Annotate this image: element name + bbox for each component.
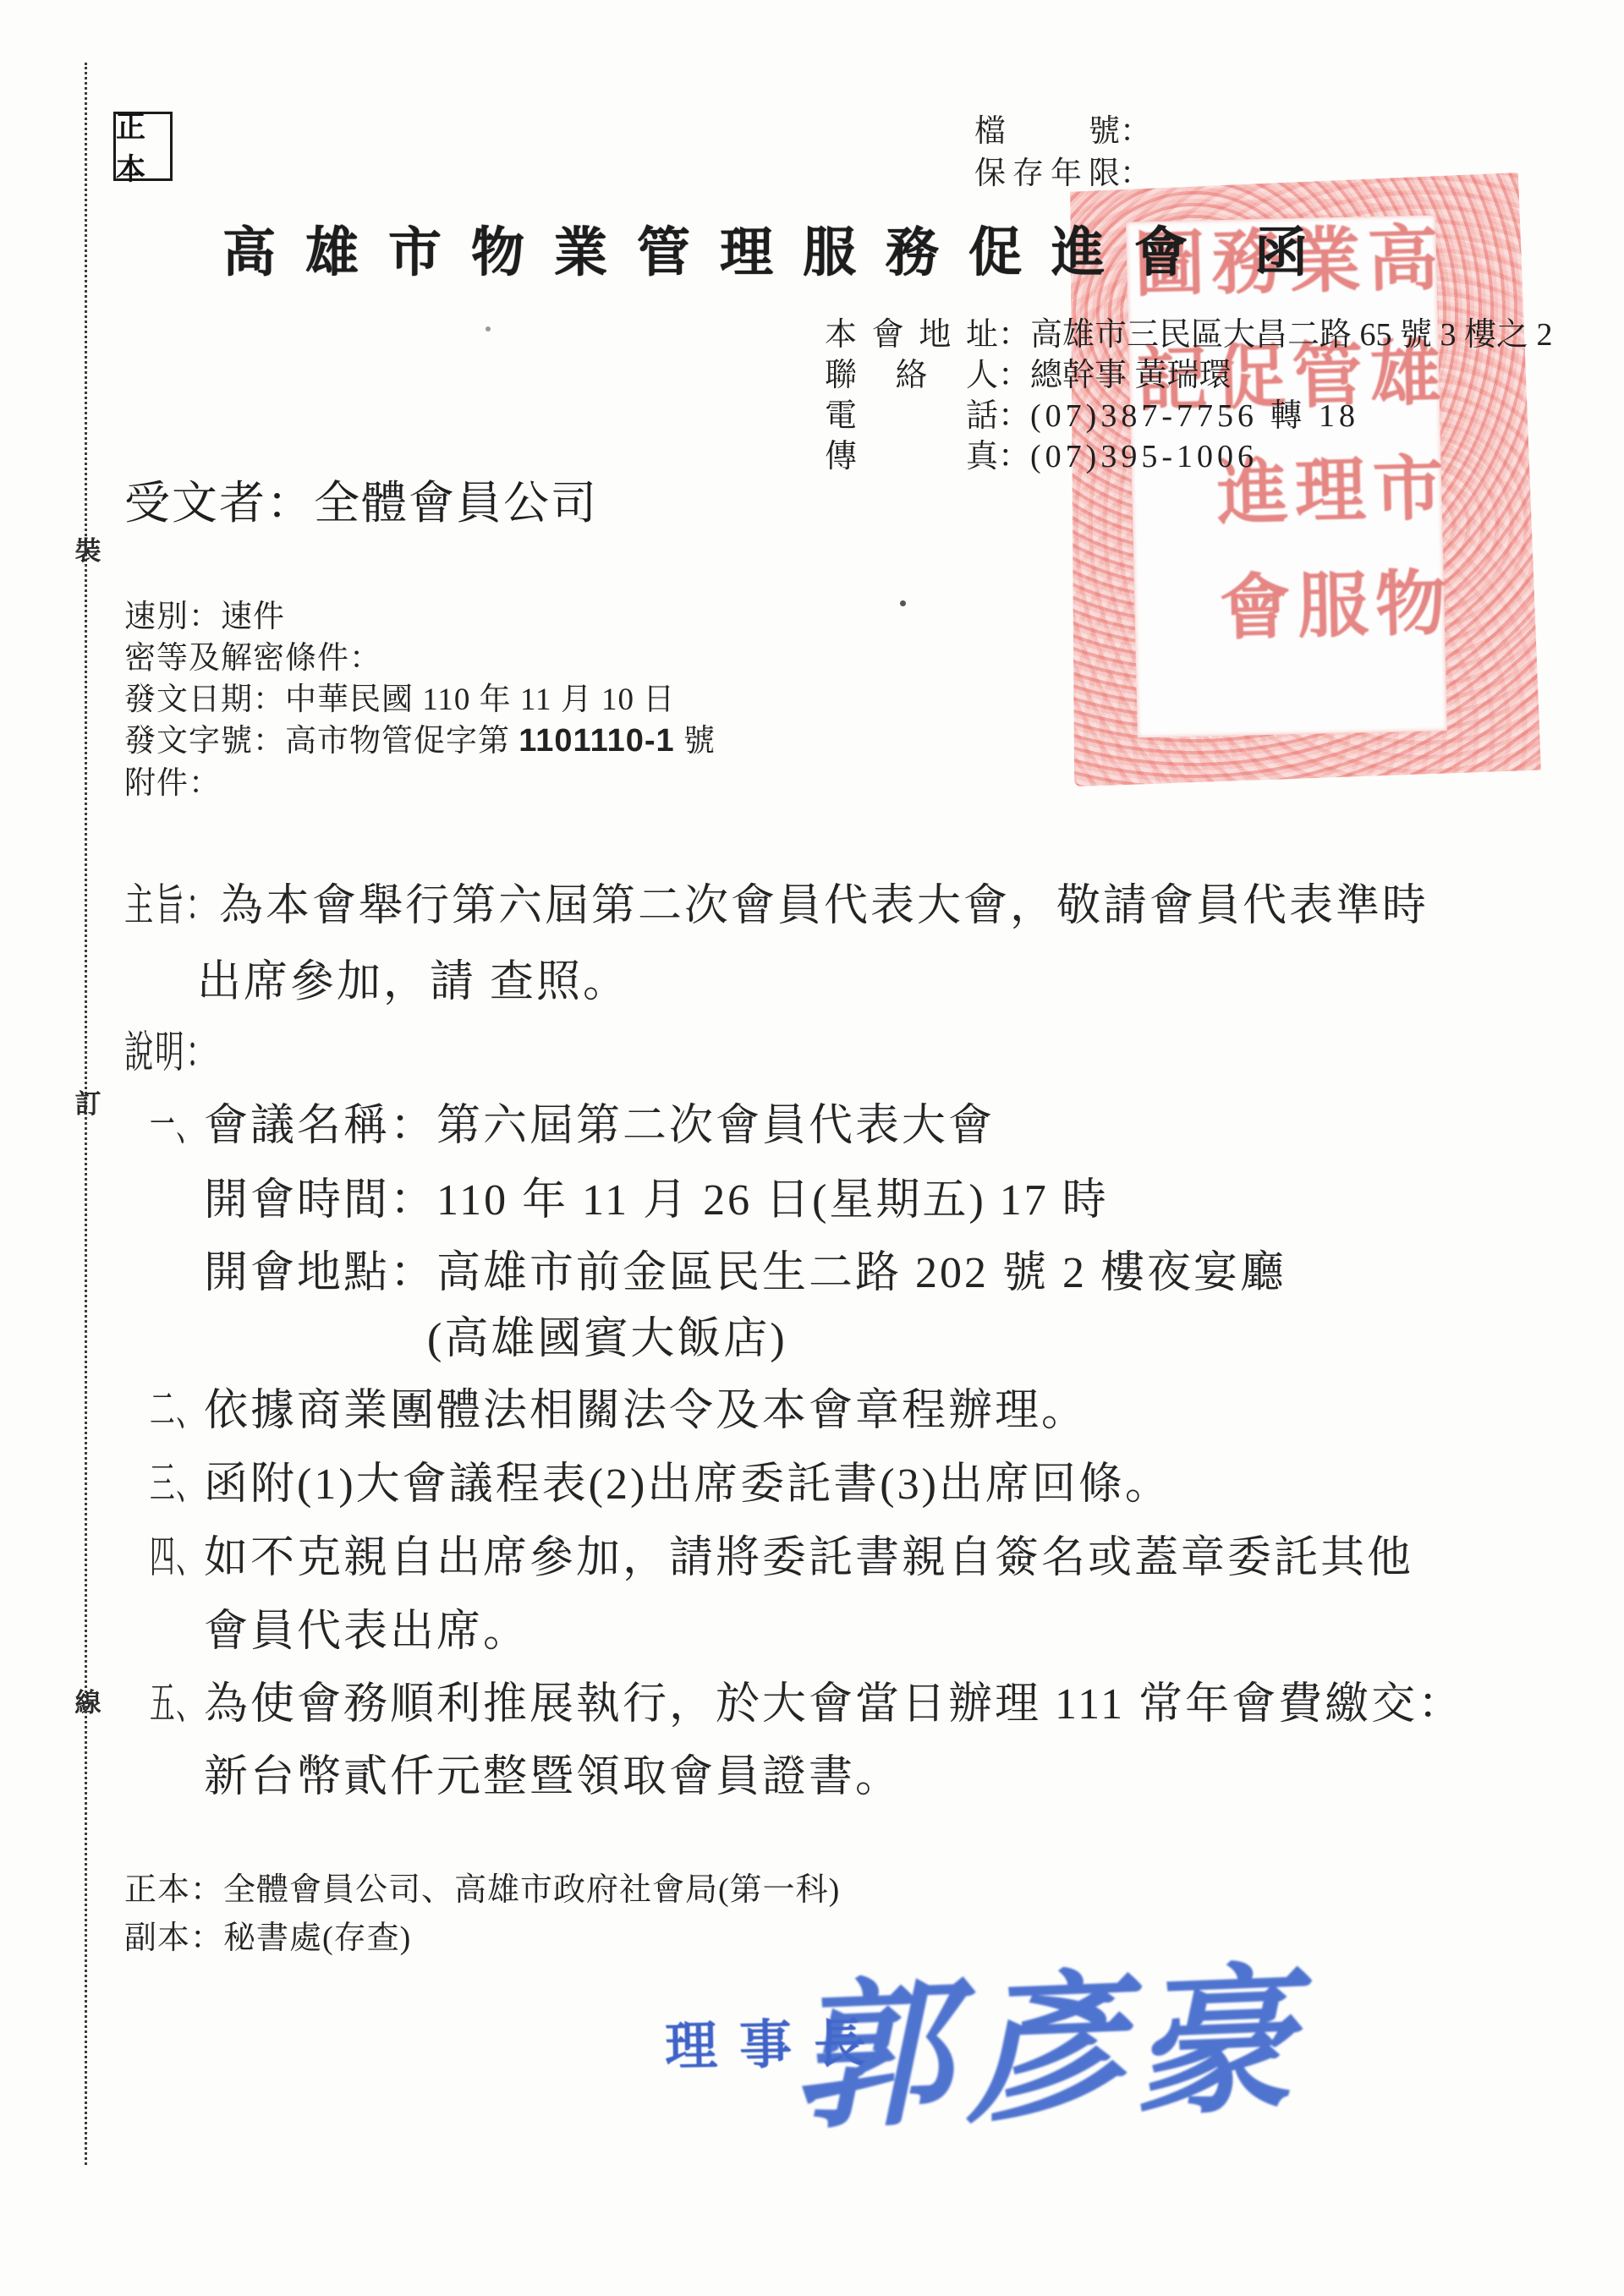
retention-colon: ： [1120, 156, 1151, 191]
fax-row: 傳真：(07)395-1006 [825, 430, 1258, 476]
phone-colon: ： [998, 398, 1030, 434]
issue-date-line: 發文日期：中華民國 110 年 11 月 10 日 [124, 673, 675, 719]
document-title: 高雄市物業管理服務促進會函 [222, 210, 1337, 287]
item4-line2: 會員代表出席。 [204, 1595, 529, 1658]
item5-line2: 新台幣貳仟元整暨領取會員證書。 [204, 1740, 902, 1804]
binding-mark-ding: 訂 [73, 1082, 103, 1121]
ref-number-line: 發文字號：高市物管促字第 1101110-1 號 [124, 715, 716, 760]
address-label: 本會地址 [825, 308, 998, 354]
item2-line: 二、依據商業團體法相關法令及本會章程辦理。 [150, 1374, 1088, 1438]
fax-value: (07)395-1006 [1030, 439, 1258, 474]
phone-label: 電話 [825, 389, 998, 436]
fax-label: 傳真 [825, 430, 998, 476]
address-value: 高雄市三民區大昌二路 65 號 3 樓之 2 [1030, 317, 1553, 353]
item1-line4: (高雄國賓大飯店) [427, 1302, 787, 1366]
distribution-original: 正本：全體會員公司、高雄市政府社會局(第一科) [124, 1863, 840, 1910]
ref-suffix: 號 [675, 724, 716, 759]
item3-text: 函附(1)大會議程表(2)出席委託書(3)出席回條。 [204, 1460, 1171, 1509]
scan-speck [900, 600, 906, 606]
file-no-label: 檔號 [974, 105, 1120, 151]
binding-mark-zhuang: 裝 [73, 529, 103, 567]
contact-person-label: 聯絡人 [825, 348, 998, 395]
file-no-colon: ： [1120, 114, 1151, 149]
retention-label: 保存年限 [974, 147, 1120, 193]
contact-person-value: 總幹事 黃瑞環 [1030, 358, 1232, 393]
recipient-line: 受文者：全體會員公司 [124, 467, 598, 532]
description-label: 說明： [124, 1016, 219, 1080]
subject-label: 主旨： [124, 869, 219, 933]
issuer-name: 高雄市物業管理服務促進會 [222, 223, 1217, 282]
item4-text1: 如不克親自出席參加，請將委託書親自簽名或蓋章委託其他 [204, 1534, 1413, 1582]
chairman-signature: 郭彥豪 [787, 1911, 1308, 2159]
contact-person-row: 聯絡人：總幹事 黃瑞環 [825, 348, 1232, 395]
item1-number: 一、 [150, 1089, 204, 1153]
item1-line2: 開會時間：110 年 11 月 26 日(星期五) 17 時 [204, 1164, 1109, 1227]
description-label-text: 說明： [124, 1016, 219, 1080]
speed-line: 速別：速件 [124, 590, 285, 636]
item1-line1: 一、會議名稱：第六屆第二次會員代表大會 [150, 1089, 995, 1153]
address-colon: ： [998, 317, 1030, 353]
phone-row: 電話：(07)387-7756 轉 18 [825, 389, 1359, 436]
ref-number: 1101110-1 [518, 723, 674, 759]
item2-text: 依據商業團體法相關法令及本會章程辦理。 [204, 1387, 1088, 1435]
scan-speck [486, 326, 491, 332]
item1-line3: 開會地點：高雄市前金區民生二路 202 號 2 樓夜宴廳 [204, 1236, 1287, 1300]
phone-value: (07)387-7756 轉 18 [1030, 398, 1359, 434]
distribution-copy: 副本：秘書處(存查) [124, 1911, 411, 1958]
item4-number: 四、 [150, 1521, 204, 1585]
scanned-official-letter: 裝 訂 線 正本 檔號： 保存年限： 高雄市物業管理服務促進會圖記 高雄市物業管… [0, 0, 1624, 2296]
seal-inner-box: 高雄市物業管理服務促進會圖記 [1126, 215, 1447, 737]
binding-mark-xian: 線 [73, 1681, 103, 1719]
item5-line1: 五、為使會務順利推展執行，於大會當日辦理 111 常年會費繳交： [150, 1668, 1464, 1731]
file-no-row: 檔號： [974, 105, 1151, 151]
security-line: 密等及解密條件： [124, 632, 381, 677]
item2-number: 二、 [150, 1374, 204, 1438]
ref-prefix: 發文字號：高市物管促字第 [124, 724, 518, 759]
subject-line1: 主旨：為本會舉行第六屆第二次會員代表大會，敬請會員代表準時 [124, 869, 1429, 933]
subject-text1: 為本會舉行第六屆第二次會員代表大會，敬請會員代表準時 [219, 882, 1429, 930]
doc-type-letter: 函 [1254, 223, 1337, 282]
copy-label-box: 正本 [113, 112, 173, 181]
item5-text1: 為使會務順利推展執行，於大會當日辦理 111 常年會費繳交： [204, 1680, 1464, 1729]
copy-label: 正本 [116, 104, 170, 189]
attachment-line: 附件： [124, 757, 221, 803]
seal-script-text: 高雄市物業管理服務促進會圖記 [1127, 220, 1445, 732]
retention-row: 保存年限： [974, 147, 1151, 193]
item3-number: 三、 [150, 1448, 204, 1511]
item1-text: 會議名稱：第六屆第二次會員代表大會 [204, 1102, 995, 1150]
subject-line2: 出席參加，請 查照。 [197, 945, 629, 1009]
fax-colon: ： [998, 439, 1030, 474]
address-row: 本會地址：高雄市三民區大昌二路 65 號 3 樓之 2 [825, 308, 1553, 354]
contact-person-colon: ： [998, 358, 1030, 393]
item4-line1: 四、如不克親自出席參加，請將委託書親自簽名或蓋章委託其他 [150, 1521, 1413, 1585]
item5-number: 五、 [150, 1668, 204, 1731]
item3-line: 三、函附(1)大會議程表(2)出席委託書(3)出席回條。 [150, 1448, 1171, 1511]
